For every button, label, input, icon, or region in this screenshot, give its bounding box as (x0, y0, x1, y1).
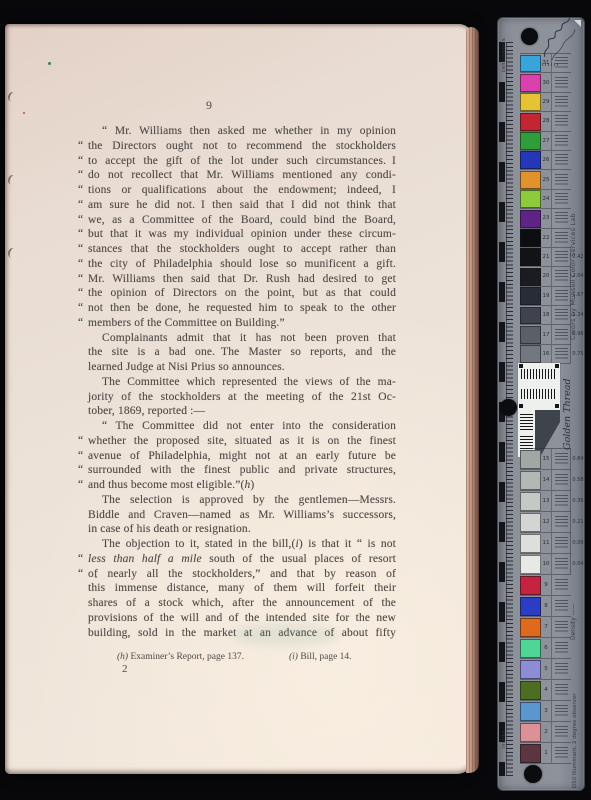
footnote-left-text: Examiner’s Report, page 137. (128, 652, 244, 662)
text-segment: the Directors ought not to recommend the… (88, 140, 396, 152)
patch-measurements (552, 722, 571, 742)
text-segment: am sure he did not. I then said that I d… (88, 199, 396, 211)
patch-number: 12 (541, 512, 552, 532)
patch-row: 12 (520, 512, 571, 533)
patch-measurements (552, 617, 571, 637)
patch-row: 20 (520, 267, 571, 286)
color-patch (520, 74, 541, 92)
density-values-top: 2.422.041.671.340.980.75 (570, 247, 585, 363)
patch-row: 14 (520, 470, 571, 491)
text-line: “am sure he did not. I then said that I … (88, 198, 396, 213)
golden-thread-label: Golden Thread (562, 354, 573, 450)
patch-measurements (552, 267, 571, 285)
text-line: “surrounded with the finest public and p… (88, 463, 396, 478)
measurement-smudge (555, 579, 568, 591)
measurement-smudge (555, 115, 568, 127)
text-segment: ) is that it “ is not (299, 538, 396, 550)
text-segment: to accept the gift of the lot under such… (88, 155, 396, 167)
measurement-smudge (555, 135, 568, 147)
text-line: “ The Committee did not enter into the c… (88, 419, 396, 434)
density-value: 0.98 (571, 325, 585, 344)
illuminant-label: D50 Illuminant, 2 degree observer (572, 646, 578, 788)
patch-number: 28 (541, 112, 552, 130)
measurement-smudge (555, 495, 568, 507)
color-patch (520, 681, 541, 701)
text-line: Biddle and Craven—named as Mr. Williams’… (88, 508, 396, 523)
measurement-smudge (555, 154, 568, 166)
density-value: 0.09 (571, 532, 585, 553)
patch-measurements (552, 170, 571, 188)
text-line: “stances that the stockholders ought to … (88, 242, 396, 257)
patch-measurements (552, 54, 571, 72)
patch-row: 25 (520, 170, 571, 189)
patch-number: 23 (541, 209, 552, 227)
measurement-smudge (555, 77, 568, 89)
text-line: Complainants admit that it has not been … (88, 331, 396, 346)
density-values-bottom: 0.840.580.360.210.090.04 (570, 448, 585, 574)
color-patch (520, 113, 541, 131)
patch-number: 8 (541, 596, 552, 616)
patch-row: 23 (520, 209, 571, 228)
hanging-quote: “ (78, 198, 83, 213)
fiducial-square (519, 364, 523, 368)
text-line: The objection to it, stated in the bill,… (88, 537, 396, 552)
footnote-left: (h) Examiner’s Report, page 137. (117, 652, 244, 662)
color-patch-column-top: 31302928272625242322212019181716 (520, 53, 571, 364)
patch-number: 7 (541, 617, 552, 637)
text-line: tober, 1869, reported :— (88, 404, 396, 419)
patch-row: 22 (520, 229, 571, 248)
page-number: 9 (5, 98, 413, 113)
hanging-quote: “ (78, 286, 83, 301)
text-segment: the opinion of Directors on the point, b… (88, 287, 396, 299)
text-segment: this immense distance, many of them will… (88, 582, 396, 594)
measurement-smudge (555, 537, 568, 549)
text-segment: less than half a mile (88, 553, 202, 565)
density-value: 2.04 (571, 266, 585, 285)
patch-number: 1 (541, 743, 552, 763)
patch-measurements (552, 229, 571, 247)
text-segment: learned Judge at Nisi Prius so announces… (88, 361, 285, 373)
density-value: 1.34 (571, 305, 585, 324)
text-segment: and thus become most eligible.”( (88, 479, 245, 491)
patch-measurements (552, 306, 571, 324)
patch-measurements (552, 596, 571, 616)
measurement-smudge (555, 290, 568, 302)
measurement-smudge (555, 251, 568, 263)
measurement-smudge (555, 516, 568, 528)
patch-measurements (552, 449, 571, 469)
text-segment: “ Mr. Williams then asked me whether in … (102, 125, 396, 137)
measurement-smudge (555, 642, 568, 654)
patch-row: 4 (520, 680, 571, 701)
text-line: “tions or qualifications about the endow… (88, 183, 396, 198)
hanging-quote: “ (78, 257, 83, 272)
measurement-smudge (555, 663, 568, 675)
measurement-smudge (555, 309, 568, 321)
text-segment: shares of a stock which, after the annou… (88, 597, 396, 609)
measurement-smudge (555, 453, 568, 465)
color-patch (520, 248, 541, 266)
measurement-smudge (555, 600, 568, 612)
text-segment: we, as a Committee of the Board, could b… (88, 214, 396, 226)
patch-number: 25 (541, 170, 552, 188)
patch-number: 20 (541, 267, 552, 285)
color-patch (520, 151, 541, 169)
fiducial-square (555, 364, 559, 368)
patch-measurements (552, 209, 571, 227)
text-segment: south of the usual places of resort (202, 553, 396, 565)
patch-number: 16 (541, 345, 552, 363)
color-patch (520, 534, 541, 554)
measurement-smudge (555, 329, 568, 341)
text-line: “Mr. Williams then said that Dr. Rush ha… (88, 272, 396, 287)
text-line: “less than half a mile south of the usua… (88, 552, 396, 567)
hanging-quote: “ (78, 154, 83, 169)
fiducial-square (555, 404, 559, 408)
text-segment: in case of his death or resignation. (88, 523, 251, 535)
text-line: “members of the Committee on Building.” (88, 316, 396, 331)
patch-number: 26 (541, 151, 552, 169)
patch-measurements (552, 248, 571, 266)
hanging-quote: “ (78, 183, 83, 198)
patch-row: 13 (520, 491, 571, 512)
density-value: 0.75 (571, 344, 585, 363)
color-patch (520, 513, 541, 533)
patch-measurements (552, 151, 571, 169)
hanging-quote: “ (78, 316, 83, 331)
measurement-smudge (555, 193, 568, 205)
hanging-quote: “ (78, 139, 83, 154)
patch-measurements (552, 701, 571, 721)
text-line: “the Directors ought not to recommend th… (88, 139, 396, 154)
patch-row: 11 (520, 533, 571, 554)
page-stain (230, 624, 340, 646)
text-line: “of nearly all the stockholders,” and th… (88, 567, 396, 582)
patch-measurements (552, 743, 571, 763)
patch-number: 17 (541, 325, 552, 343)
color-patch (520, 171, 541, 189)
patch-number: 6 (541, 638, 552, 658)
measurement-smudge (555, 57, 568, 69)
patch-number: 9 (541, 575, 552, 595)
patch-row: 19 (520, 287, 571, 306)
footnote-right-text: Bill, page 14. (298, 652, 352, 662)
color-patch (520, 492, 541, 512)
color-patch (520, 723, 541, 743)
patch-measurements (552, 470, 571, 490)
text-line: “we, as a Committee of the Board, could … (88, 213, 396, 228)
color-patch (520, 702, 541, 722)
footnote-right: (i) Bill, page 14. (289, 652, 352, 662)
patch-number: 22 (541, 229, 552, 247)
patch-row: 29 (520, 93, 571, 112)
patch-row: 26 (520, 151, 571, 170)
patch-measurements (552, 112, 571, 130)
text-line: “and thus become most eligible.”(h) (88, 478, 396, 493)
patch-number: 18 (541, 306, 552, 324)
patch-row: 8 (520, 596, 571, 617)
measurement-smudge (555, 270, 568, 282)
density-value: 0.36 (571, 490, 585, 511)
patch-number: 30 (541, 73, 552, 91)
patch-number: 11 (541, 533, 552, 553)
text-line: in case of his death or resignation. (88, 522, 396, 537)
text-segment: whether the proposed site, situated as i… (88, 435, 396, 447)
text-line: learned Judge at Nisi Prius so announces… (88, 360, 396, 375)
barcode-block (518, 363, 560, 410)
hanging-quote: “ (78, 567, 83, 582)
color-patch (520, 93, 541, 111)
patch-measurements (552, 659, 571, 679)
measurement-smudge (555, 705, 568, 717)
text-segment: jority of the stockholders at the meetin… (88, 391, 396, 403)
color-patch (520, 744, 541, 764)
patch-row: 15 (520, 449, 571, 470)
text-line: The selection is approved by the gentlem… (88, 493, 396, 508)
scanned-book-photograph: 9 “ Mr. Williams then asked me whether i… (0, 0, 591, 800)
text-line: provisions of the will and of the intend… (88, 611, 396, 626)
registration-dot-middle (500, 399, 517, 416)
patch-measurements (552, 491, 571, 511)
measurement-smudge (555, 558, 568, 570)
measurement-smudge (555, 747, 568, 759)
text-segment: tober, 1869, reported :— (88, 405, 205, 417)
patch-number: 19 (541, 287, 552, 305)
color-patch (520, 132, 541, 150)
text-segment: The objection to it, stated in the bill,… (102, 538, 296, 550)
patch-measurements (552, 533, 571, 553)
barcode-strip (520, 414, 533, 432)
hanging-quote: “ (78, 242, 83, 257)
text-line: “the city of Philadelphia should lose so… (88, 257, 396, 272)
text-segment: avenue of Philadelphia, might not at an … (88, 450, 396, 462)
measurement-smudge (555, 621, 568, 633)
density-value: 0.21 (571, 511, 585, 532)
hanging-quote: “ (78, 434, 83, 449)
color-patch-column-bottom: 151413121110987654321 (520, 448, 571, 764)
color-patch (520, 576, 541, 596)
patch-row: 24 (520, 190, 571, 209)
text-line: “ Mr. Williams then asked me whether in … (88, 124, 396, 139)
text-segment: do not recollect that Mr. Williams menti… (88, 169, 396, 181)
hanging-quote: “ (78, 463, 83, 478)
text-line: “to accept the gift of the lot under suc… (88, 154, 396, 169)
measurement-smudge (555, 684, 568, 696)
text-segment: Biddle and Craven—named as Mr. Williams’… (88, 509, 396, 521)
text-segment: Mr. Williams then said that Dr. Rush had… (88, 273, 396, 285)
text-segment: surrounded with the finest public and pr… (88, 464, 396, 476)
inches-label: inches (501, 730, 507, 749)
patch-row: 5 (520, 659, 571, 680)
color-patch (520, 597, 541, 617)
patch-row: 10 (520, 554, 571, 575)
fiducial-square (519, 404, 523, 408)
text-line: The Committee which represented the view… (88, 375, 396, 390)
patch-number: 4 (541, 680, 552, 700)
measurement-smudge (555, 174, 568, 186)
hanging-quote: “ (78, 478, 83, 493)
density-label: Density —— (570, 594, 577, 640)
color-patch (520, 287, 541, 305)
patch-measurements (552, 680, 571, 700)
text-segment: members of the Committee on Building.” (88, 317, 285, 329)
patch-measurements (552, 325, 571, 343)
patch-measurements (552, 190, 571, 208)
color-patch (520, 471, 541, 491)
barcode-strip (521, 369, 557, 379)
patch-measurements (552, 73, 571, 91)
text-segment: Complainants admit that it has not been … (102, 332, 396, 344)
color-patch (520, 55, 541, 73)
color-patch (520, 660, 541, 680)
text-segment: The Committee which represented the view… (102, 376, 396, 388)
hanging-quote: “ (78, 168, 83, 183)
text-segment: provisions of the will and of the intend… (88, 612, 396, 624)
color-patch (520, 326, 541, 344)
text-line: this immense distance, many of them will… (88, 581, 396, 596)
text-line: “whether the proposed site, situated as … (88, 434, 396, 449)
patch-row: 1 (520, 743, 571, 764)
density-value: 0.84 (571, 448, 585, 469)
hanging-quote: “ (78, 213, 83, 228)
patch-row: 6 (520, 638, 571, 659)
patch-measurements (552, 512, 571, 532)
text-line: shares of a stock which, after the annou… (88, 596, 396, 611)
density-value: 2.42 (571, 247, 585, 266)
color-patch (520, 268, 541, 286)
book-fore-edge (466, 27, 479, 773)
hanging-quote: “ (78, 272, 83, 287)
patch-number: 21 (541, 248, 552, 266)
text-segment: “ The Committee did not enter into the c… (102, 420, 396, 432)
text-line: “the opinion of Directors on the point, … (88, 286, 396, 301)
patch-measurements (552, 575, 571, 595)
text-line: the site is a bad one. The Master so rep… (88, 345, 396, 360)
density-value: 0.04 (571, 553, 585, 574)
density-value: 0.58 (571, 469, 585, 490)
patch-row: 18 (520, 306, 571, 325)
text-segment: tions or qualifications about the endowm… (88, 184, 396, 196)
patch-row: 2 (520, 722, 571, 743)
color-patch (520, 639, 541, 659)
hanging-quote: “ (78, 552, 83, 567)
measurement-smudge (555, 474, 568, 486)
color-patch (520, 190, 541, 208)
text-segment: The selection is approved by the gentlem… (102, 494, 396, 506)
patch-number: 13 (541, 491, 552, 511)
color-patch (520, 450, 541, 470)
book-page: 9 “ Mr. Williams then asked me whether i… (5, 24, 473, 774)
patch-row: 27 (520, 132, 571, 151)
signature-mark: 2 (122, 663, 128, 675)
patch-measurements (552, 93, 571, 111)
text-segment: stances that the stockholders ought to a… (88, 243, 396, 255)
footnote-left-label: (h) (117, 652, 128, 662)
patch-number: 29 (541, 93, 552, 111)
patch-measurements (552, 132, 571, 150)
text-line: “do not recollect that Mr. Williams ment… (88, 168, 396, 183)
body-text: “ Mr. Williams then asked me whether in … (88, 124, 396, 640)
paper-speck (48, 62, 51, 65)
barcode-strip (521, 389, 557, 399)
text-segment: not then be done, he requested him to sp… (88, 302, 396, 314)
measurement-smudge (555, 232, 568, 244)
color-patch (520, 618, 541, 638)
hanging-quote: “ (78, 227, 83, 242)
text-line: “but that it was my individual opinion u… (88, 227, 396, 242)
patch-row: 28 (520, 112, 571, 131)
patch-row: 3 (520, 701, 571, 722)
measurement-smudge (555, 212, 568, 224)
hanging-quote: “ (78, 449, 83, 464)
patch-row: 17 (520, 325, 571, 344)
text-segment: ) (250, 479, 254, 491)
color-patch (520, 307, 541, 325)
text-segment: but that it was my individual opinion un… (88, 228, 396, 240)
color-patch (520, 210, 541, 228)
registration-dot-bottom (524, 765, 542, 783)
footnote-right-label: (i) (289, 652, 298, 662)
patch-number: 10 (541, 554, 552, 574)
patch-number: 15 (541, 449, 552, 469)
patch-measurements (552, 287, 571, 305)
paper-speck (23, 112, 25, 114)
centimeters-label: centimeters (501, 38, 507, 72)
patch-number: 31 (541, 54, 552, 72)
patch-row: 31 (520, 54, 571, 73)
measurement-smudge (555, 96, 568, 108)
hanging-quote: “ (78, 301, 83, 316)
patch-row: 9 (520, 575, 571, 596)
density-value: 1.67 (571, 286, 585, 305)
patch-row: 7 (520, 617, 571, 638)
patch-number: 3 (541, 701, 552, 721)
patch-number: 2 (541, 722, 552, 742)
patch-number: 24 (541, 190, 552, 208)
text-segment: the city of Philadelphia should lose so … (88, 258, 396, 270)
patch-measurements (552, 638, 571, 658)
text-segment: of nearly all the stockholders,” and tha… (88, 568, 396, 580)
color-patch (520, 555, 541, 575)
patch-row: 21 (520, 248, 571, 267)
color-patch (520, 345, 541, 363)
text-segment: the site is a bad one. The Master so rep… (88, 346, 396, 358)
paper-speck (95, 576, 97, 578)
calibration-target-bar: centimeters inches Colors by Munsell Col… (497, 17, 585, 791)
measurement-smudge (555, 726, 568, 738)
patch-number: 14 (541, 470, 552, 490)
text-line: “avenue of Philadelphia, might not at an… (88, 449, 396, 464)
patch-number: 5 (541, 659, 552, 679)
patch-row: 30 (520, 73, 571, 92)
patch-measurements (552, 554, 571, 574)
color-patch (520, 229, 541, 247)
text-line: “not then be done, he requested him to s… (88, 301, 396, 316)
patch-number: 27 (541, 132, 552, 150)
text-line: jority of the stockholders at the meetin… (88, 390, 396, 405)
